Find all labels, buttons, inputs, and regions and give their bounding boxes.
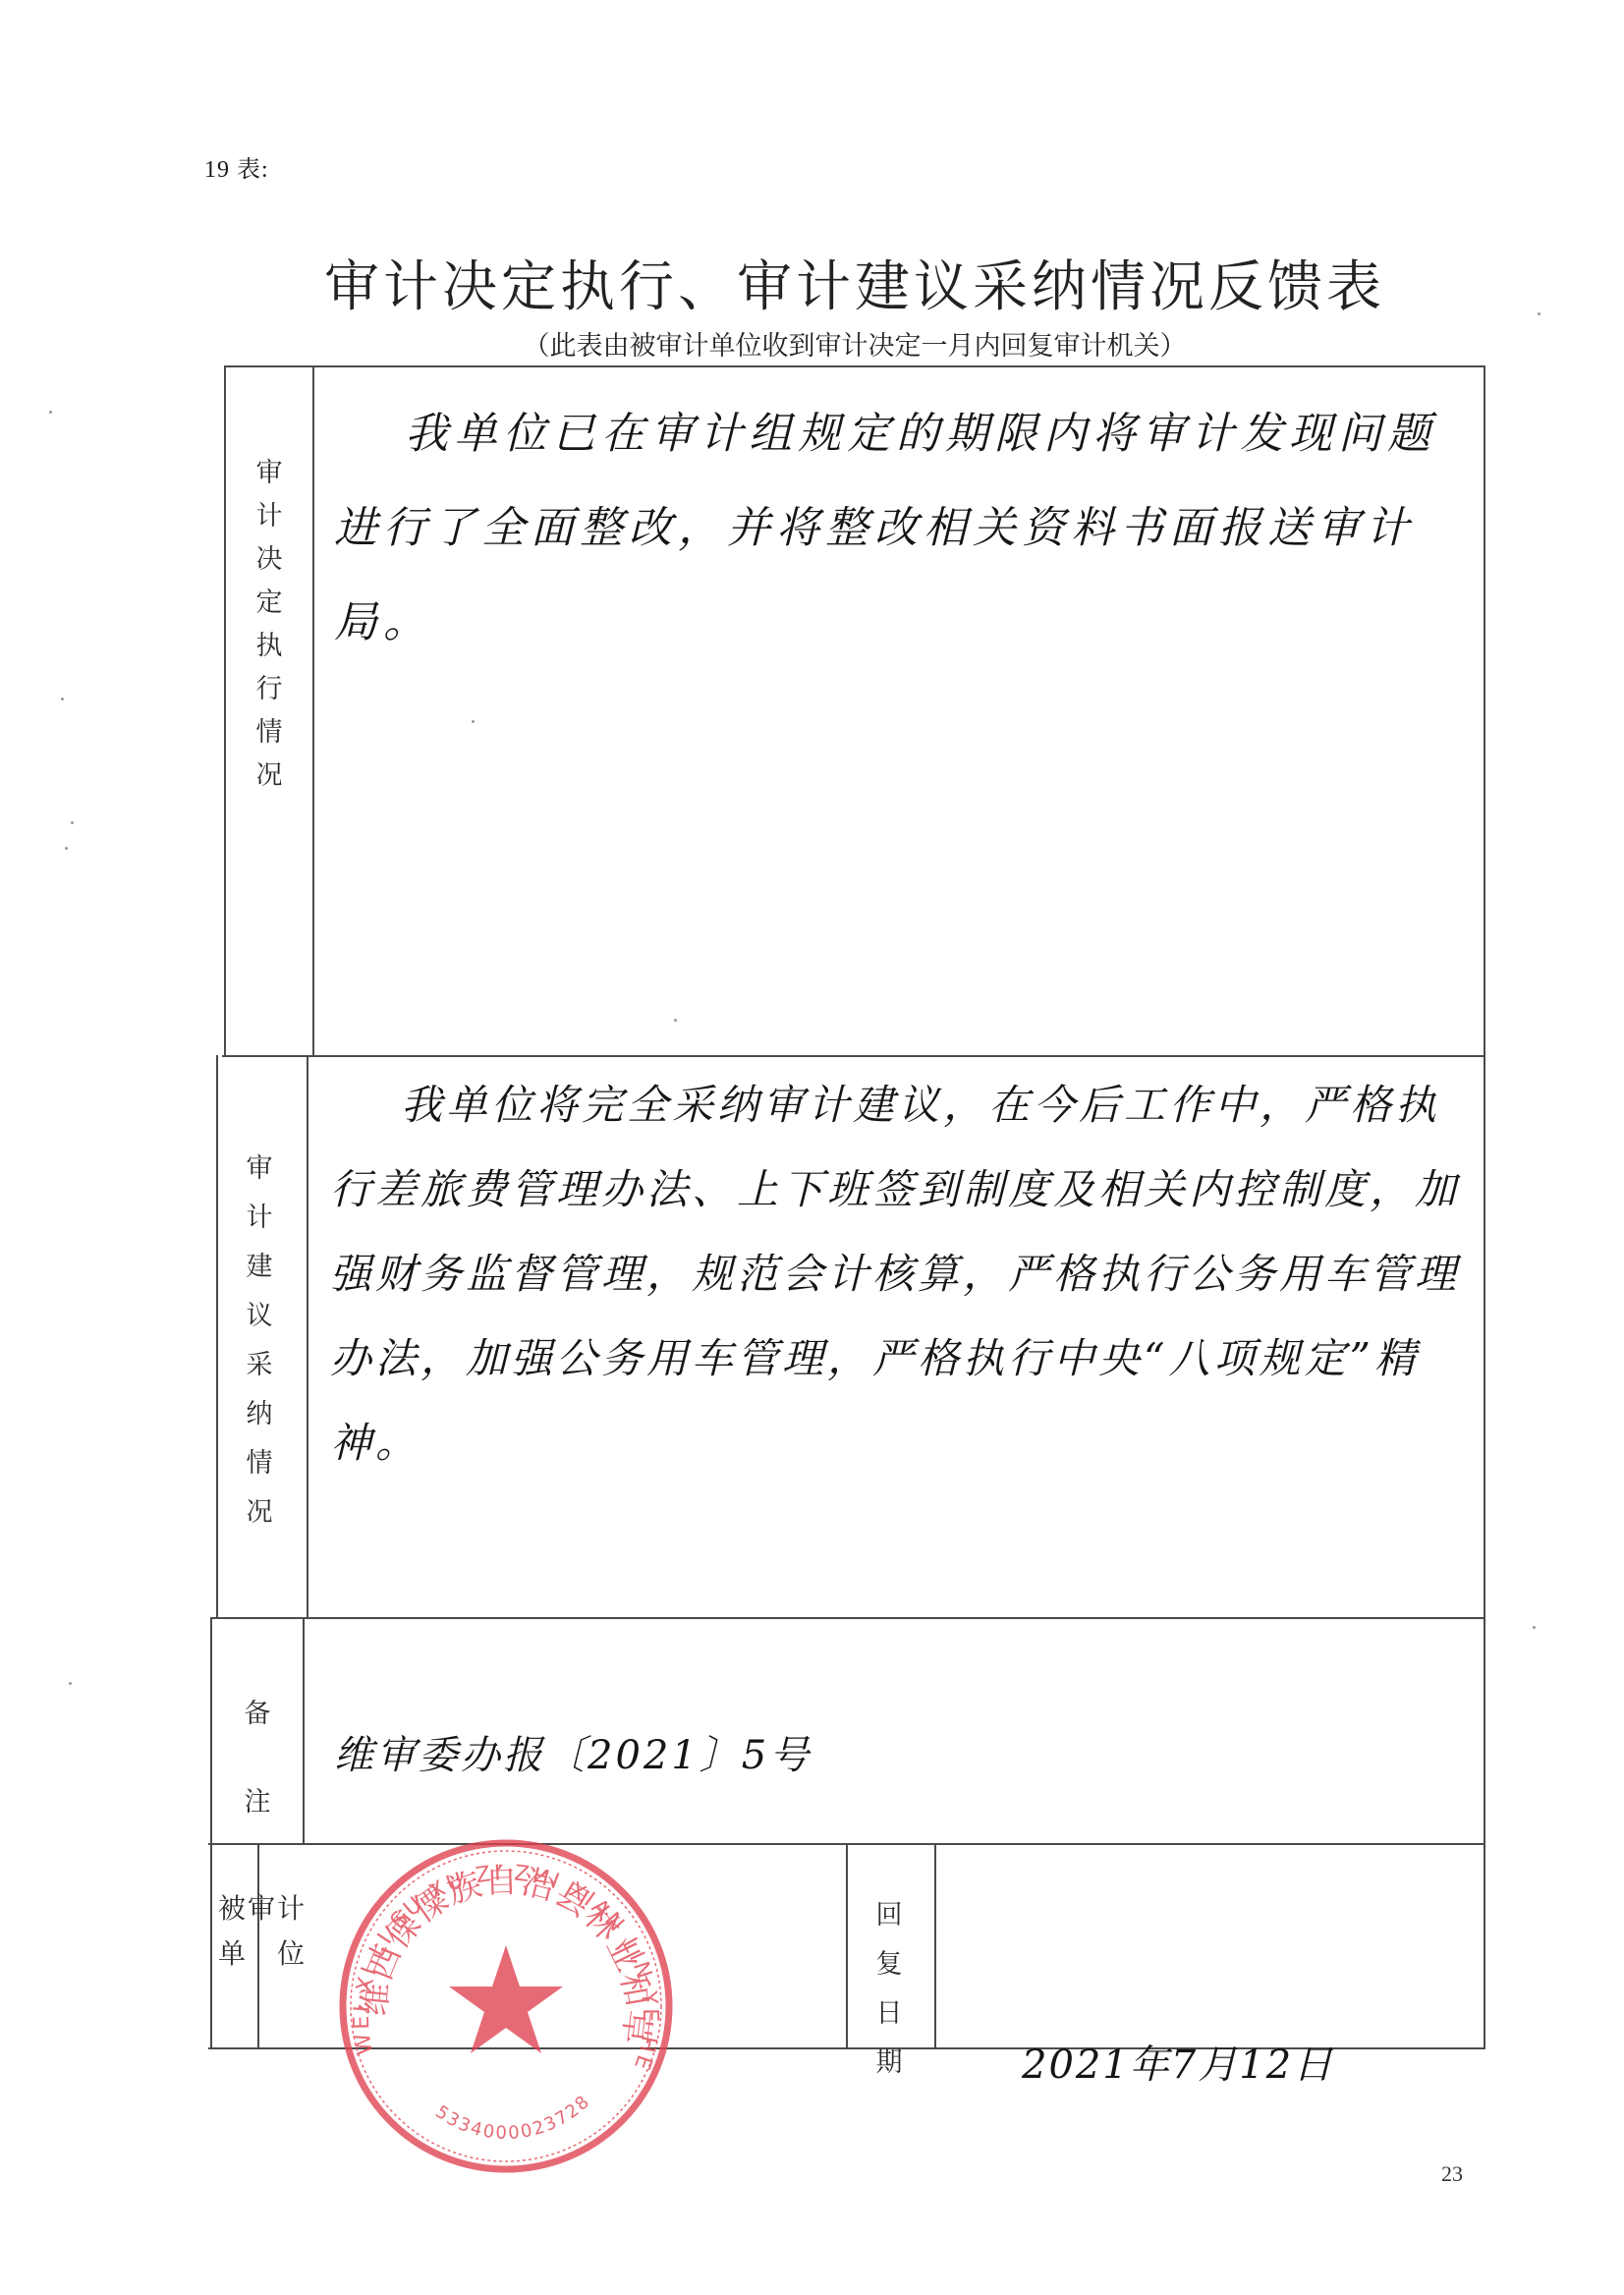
reply-date-label-char: 期 — [876, 2039, 903, 2088]
adoption-content: 我单位将完全采纳审计建议，在今后工作中，严格执行差旅费管理办法、上下班签到制度及… — [330, 1063, 1470, 1485]
execution-label-char: 决 — [256, 538, 283, 582]
execution-label-char: 执 — [256, 625, 283, 668]
label-column-divider-3 — [303, 1617, 305, 1845]
scan-speck — [472, 720, 475, 723]
adoption-label-char: 情 — [247, 1439, 273, 1488]
audited-unit-label: 被审计 单 位 — [218, 1886, 307, 1977]
execution-label-char: 定 — [256, 582, 283, 625]
table-border-left-3 — [210, 1617, 212, 2049]
adoption-label-char: 议 — [247, 1292, 273, 1341]
label-column-divider-1 — [312, 365, 314, 1057]
reply-date-label-char: 日 — [876, 1989, 903, 2039]
page-number: 23 — [1441, 2161, 1463, 2187]
reply-date-label-char: 回 — [876, 1891, 903, 1940]
execution-label: 审 计 决 定 执 行 情 况 — [248, 452, 291, 798]
table-border-left-2 — [216, 1055, 218, 1619]
reply-date-label-char: 复 — [876, 1940, 903, 1989]
table-border-top — [224, 365, 1485, 367]
seal-code: 5334000023728 — [431, 2091, 594, 2144]
official-seal-icon: WEI XI LI SU XU ZI ZHI XIAN LIN YE HE CA… — [337, 1837, 675, 2175]
scan-speck — [61, 698, 64, 700]
table-divider-1 — [222, 1055, 1485, 1057]
scan-speck — [1533, 1626, 1536, 1629]
scan-speck — [1538, 312, 1540, 315]
form-number: 19 表: — [204, 149, 269, 184]
execution-content: 我单位已在审计组规定的期限内将审计发现问题进行了全面整改，并将整改相关资料书面报… — [334, 387, 1464, 670]
document-subtitle: （此表由被审计单位收到审计决定一月内回复审计机关） — [295, 324, 1415, 363]
adoption-label-char: 建 — [247, 1243, 273, 1292]
label-column-divider-2 — [307, 1055, 308, 1619]
adoption-label-char: 况 — [247, 1488, 273, 1538]
execution-label-char: 情 — [256, 711, 283, 755]
reply-date-value: 2021年7月12日 — [1022, 2034, 1334, 2090]
svg-text:5334000023728: 5334000023728 — [431, 2091, 594, 2144]
remarks-content: 维审委办报〔2021〕5号 — [334, 1724, 812, 1780]
execution-label-char: 行 — [256, 668, 283, 711]
scan-speck — [71, 821, 74, 824]
scan-speck — [674, 1019, 677, 1022]
adoption-label: 审 计 建 议 采 纳 情 况 — [238, 1145, 281, 1538]
execution-label-char: 计 — [256, 495, 283, 538]
remarks-label: 备 注 — [236, 1670, 279, 1847]
table-divider-2 — [212, 1617, 1485, 1619]
execution-label-char: 审 — [256, 452, 283, 495]
adoption-label-char: 纳 — [247, 1390, 273, 1439]
remarks-label-char: 备 — [245, 1670, 271, 1759]
remarks-label-char: 注 — [245, 1759, 271, 1847]
adoption-label-char: 计 — [247, 1194, 273, 1243]
adoption-label-char: 审 — [247, 1145, 273, 1194]
scan-speck — [49, 411, 52, 414]
scan-speck — [69, 1682, 72, 1685]
audited-unit-label-line1: 被审计 — [218, 1886, 307, 1931]
adoption-label-char: 采 — [247, 1341, 273, 1390]
reply-date-label: 回 复 日 期 — [855, 1891, 924, 2088]
audited-unit-label-line2: 单 位 — [218, 1931, 307, 1977]
table-border-right — [1484, 365, 1485, 2049]
date-label-right-divider — [934, 1843, 936, 2049]
execution-label-char: 况 — [256, 755, 283, 798]
table-border-left-1 — [224, 365, 226, 1057]
scan-speck — [65, 847, 68, 850]
date-label-left-divider — [846, 1843, 848, 2049]
document-title: 审计决定执行、审计建议采纳情况反馈表 — [295, 244, 1415, 322]
